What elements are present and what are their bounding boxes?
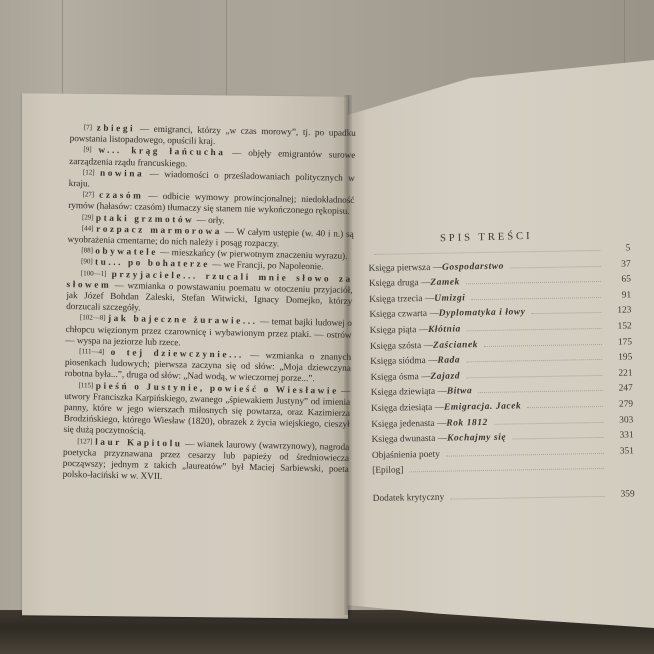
toc-label: Objaśnienia poety — [372, 447, 440, 464]
note-lemma: obywatele — [95, 246, 158, 257]
note-ref: [27] — [82, 190, 94, 198]
toc-leader-dots — [484, 343, 602, 346]
toc-label: Księga szósta — — [370, 338, 433, 355]
toc-leader-dots — [466, 375, 602, 378]
plank-seam — [226, 0, 227, 110]
note-text: — orły. — [194, 214, 224, 225]
note-ref: [115] — [78, 381, 93, 389]
toc-subtitle: Rok 1812 — [446, 415, 488, 431]
toc-page-number: 221 — [608, 366, 632, 382]
toc-label: Księga dwunasta — — [372, 432, 448, 449]
toc-page-number: 195 — [608, 351, 632, 367]
toc-page-number: 152 — [608, 319, 632, 335]
note-ref: [90] — [81, 258, 93, 266]
toc-label: Księga jedenasta — — [371, 416, 446, 433]
toc-subtitle: Zajazd — [430, 369, 460, 385]
toc-leader-dots — [467, 328, 602, 331]
toc-subtitle: Rada — [437, 354, 460, 370]
toc-leader-dots — [532, 312, 602, 314]
toc-leader-dots — [450, 496, 604, 500]
toc-page-number: 351 — [610, 444, 634, 460]
note-ref: [100—1] — [81, 269, 107, 278]
toc-subtitle: Zamek — [430, 276, 460, 292]
toc-subtitle: Dyplomatyka i łowy — [439, 306, 526, 323]
toc-subtitle: Kochajmy się — [447, 431, 506, 448]
toc-label: Księga siódma — — [370, 354, 437, 371]
toc-label: [Epilog] — [372, 464, 404, 480]
note-lemma: czasóm — [99, 190, 143, 201]
toc-page-number: 123 — [607, 304, 631, 320]
toc-leader-dots — [374, 250, 600, 255]
note-lemma: laur Kapitolu — [95, 436, 183, 448]
toc-page-number: 91 — [607, 288, 631, 304]
toc-leader-dots — [527, 406, 603, 408]
toc-label: Księga trzecia — — [369, 292, 434, 309]
toc-label: Księga czwarta — — [369, 307, 439, 324]
toc-page-number: 247 — [609, 382, 633, 398]
toc-leader-dots — [446, 453, 604, 457]
toc-subtitle: Bitwa — [447, 385, 473, 401]
toc-subtitle: Umizgi — [434, 291, 465, 307]
note-ref: [88] — [81, 247, 93, 255]
note-ref: [12] — [83, 168, 95, 176]
toc-label: Księga piąta — — [370, 323, 429, 340]
toc-page-number: 175 — [608, 335, 632, 351]
toc-label: Dodatek krytyczny — [373, 491, 445, 508]
toc-page-number: 279 — [609, 397, 633, 413]
note-lemma: nowina — [100, 167, 144, 178]
toc-page-number: 303 — [609, 413, 633, 429]
toc-page-number: 37 — [606, 257, 630, 273]
note-ref: [44] — [82, 224, 94, 232]
toc-subtitle: Gospodarstwo — [442, 259, 504, 276]
toc-subtitle: Zaścianek — [433, 338, 478, 354]
note-ref: [7] — [84, 123, 92, 131]
toc-page-number: 65 — [607, 273, 631, 289]
note-lemma: zbiegi — [97, 123, 136, 134]
note-ref: [29] — [82, 213, 94, 221]
toc-page-number: 331 — [609, 429, 633, 445]
note-ref: [102—8] — [80, 314, 106, 323]
note-ref: [127] — [77, 437, 92, 445]
toc-leader-dots — [510, 266, 601, 269]
note-entry: [127] laur Kapitolu — wianek laurowy (wa… — [62, 436, 349, 487]
toc-subtitle: Emigracja. Jacek — [444, 399, 522, 416]
explanatory-notes: [7] zbiegi — emigranci, którzy „w czas m… — [62, 122, 355, 486]
toc-label: Księga dziesiąta — — [371, 401, 444, 418]
toc-label: Księga druga — — [369, 276, 431, 293]
table-of-contents: 5Księga pierwsza — Gospodarstwo37Księga … — [368, 227, 635, 507]
note-ref: [111—4] — [79, 347, 104, 356]
toc-leader-dots — [512, 437, 603, 440]
note-ref: [9] — [83, 146, 91, 154]
toc-label: Księga ósma — — [370, 370, 430, 387]
toc-leader-dots — [471, 297, 601, 300]
note-text: — we Francji, po Napoleonie. — [210, 259, 324, 271]
note-entry: [100—1] przyjaciele... rzucali mnie słow… — [66, 268, 353, 319]
note-entry: [115] pieśń o Justynie, powieść o Wiesła… — [63, 380, 350, 442]
toc-page-number: 359 — [610, 487, 634, 503]
toc-leader-dots — [494, 421, 603, 424]
toc-label: Księga dziewiąta — — [371, 385, 447, 402]
toc-leader-dots — [466, 281, 601, 284]
toc-label: Księga pierwsza — — [369, 260, 443, 277]
toc-page-number: 5 — [606, 241, 630, 257]
toc-leader-dots — [478, 390, 603, 393]
note-lemma: tu... po bohaterze — [95, 257, 210, 269]
toc-leader-dots — [466, 359, 602, 362]
note-lemma: ptaki grzmotów — [96, 212, 195, 224]
toc-leader-dots — [409, 468, 604, 472]
toc-subtitle: Kłótnia — [428, 322, 461, 338]
